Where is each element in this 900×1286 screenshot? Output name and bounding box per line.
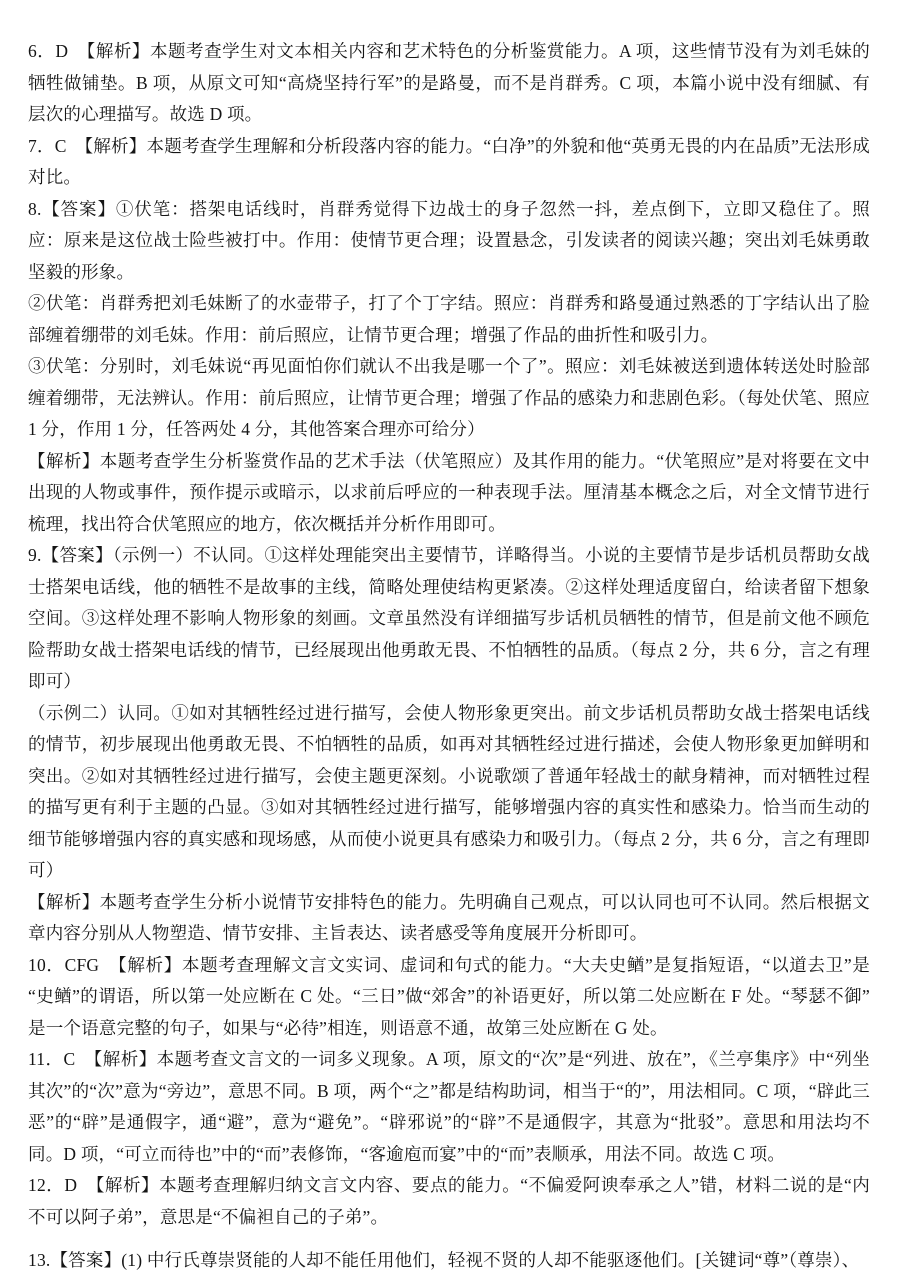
answer-q8-point1: 8.【答案】①伏笔：搭架电话线时，肖群秀觉得下边战士的身子忽然一抖，差点倒下，立…	[28, 194, 870, 289]
answer-q7-analysis: 7．C 【解析】本题考查学生理解和分析段落内容的能力。“白净”的外貌和他“英勇无…	[28, 131, 870, 194]
answer-q9-analysis: 【解析】本题考查学生分析小说情节安排特色的能力。先明确自己观点，可以认同也可不认…	[28, 887, 870, 950]
answer-q8-point3: ③伏笔：分别时，刘毛妹说“再见面怕你们就认不出我是哪一个了”。照应：刘毛妹被送到…	[28, 351, 870, 446]
answer-key-page: 6．D 【解析】本题考查学生对文本相关内容和艺术特色的分析鉴赏能力。A 项，这些…	[0, 0, 900, 1286]
answer-q10-analysis: 10．CFG 【解析】本题考查理解文言文实词、虚词和句式的能力。“大夫史䲡”是复…	[28, 950, 870, 1045]
answer-q8-point2: ②伏笔：肖群秀把刘毛妹断了的水壶带子，打了个丁字结。照应：肖群秀和路曼通过熟悉的…	[28, 288, 870, 351]
answer-q12-analysis: 12．D 【解析】本题考查理解归纳文言文内容、要点的能力。“不偏爱阿谀奉承之人”…	[28, 1170, 870, 1233]
answer-q13-translation: 13.【答案】(1) 中行氏尊崇贤能的人却不能任用他们，轻视不贤的人却不能驱逐他…	[28, 1245, 870, 1277]
answer-q6-analysis: 6．D 【解析】本题考查学生对文本相关内容和艺术特色的分析鉴赏能力。A 项，这些…	[28, 36, 870, 131]
answer-q9-example2: （示例二）认同。①如对其牺牲经过进行描写，会使人物形象更突出。前文步话机员帮助女…	[28, 698, 870, 887]
answer-q11-analysis: 11．C 【解析】本题考查文言文的一词多义现象。A 项，原文的“次”是“列进、放…	[28, 1044, 870, 1170]
answer-q8-analysis: 【解析】本题考查学生分析鉴赏作品的艺术手法（伏笔照应）及其作用的能力。“伏笔照应…	[28, 446, 870, 541]
answer-q9-example1: 9.【答案】（示例一）不认同。①这样处理能突出主要情节，详略得当。小说的主要情节…	[28, 540, 870, 698]
